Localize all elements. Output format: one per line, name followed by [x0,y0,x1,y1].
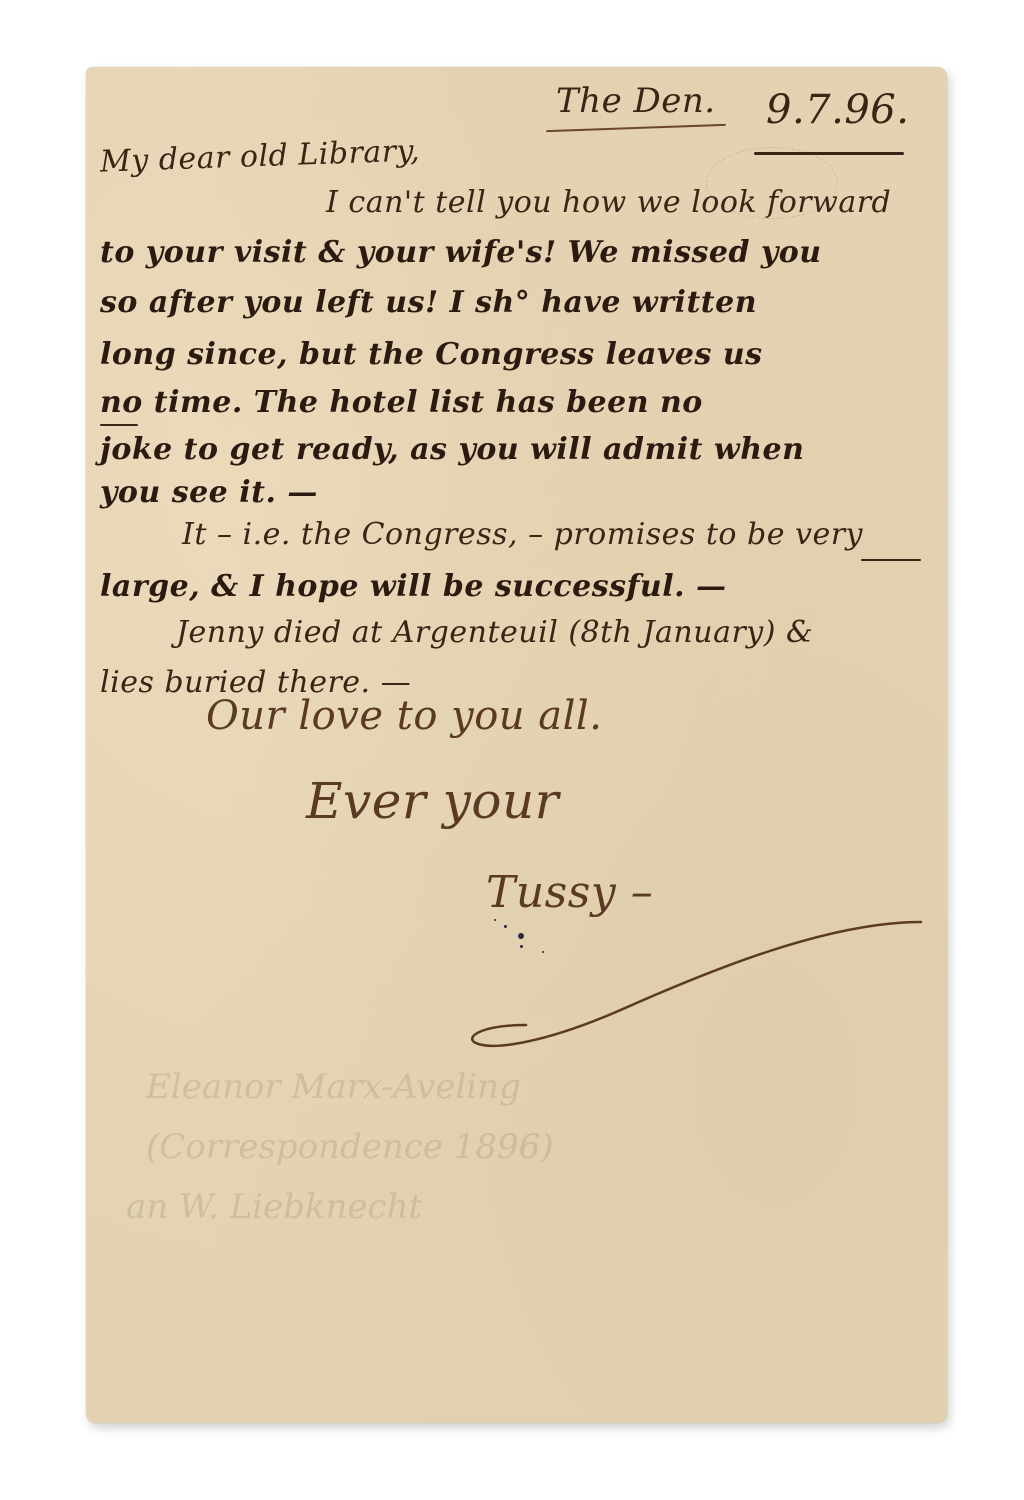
salutation: My dear old Library, [99,133,420,179]
place-underline [546,124,726,132]
body-line-8: It – i.e. the Congress, – promises to be… [182,517,863,552]
pencil-annotation-line-3: an W. Liebknecht [126,1187,422,1227]
no-underline [100,424,138,426]
closing-ever-your: Ever your [306,772,559,830]
ink-spot [542,951,544,953]
body-line-5: no time. The hotel list has been no [100,385,703,420]
body-line-1: I can't tell you how we look forward [326,185,891,220]
body-line-6: joke to get ready, as you will admit whe… [100,432,804,467]
body-line-9: large, & I hope will be successful. — [100,569,727,604]
body-line-10: Jenny died at Argenteuil (8th January) & [176,615,813,650]
letter-date: 9.7.96. [766,87,909,133]
letter-card: The Den. 9.7.96. My dear old Library, I … [86,67,947,1423]
very-underline [861,559,921,561]
ink-spot [494,919,496,921]
signature: Tussy – [486,867,653,918]
date-underline [754,152,904,155]
body-line-2: to your visit & your wife's! We missed y… [100,235,822,270]
body-line-7: you see it. — [100,475,318,510]
body-line-4: long since, but the Congress leaves us [100,337,763,372]
body-line-3: so after you left us! I sh° have written [100,285,757,320]
letter-place: The Den. [556,81,716,121]
page-background: The Den. 9.7.96. My dear old Library, I … [0,0,1024,1500]
closing-line: Our love to you all. [206,693,602,739]
ink-spot [520,945,523,948]
ink-spot [504,925,507,928]
ink-spot [518,933,524,939]
signature-flourish-icon [466,917,936,1052]
pencil-annotation-line-2: (Correspondence 1896) [146,1127,554,1167]
pencil-annotation-line-1: Eleanor Marx-Aveling [146,1067,521,1107]
